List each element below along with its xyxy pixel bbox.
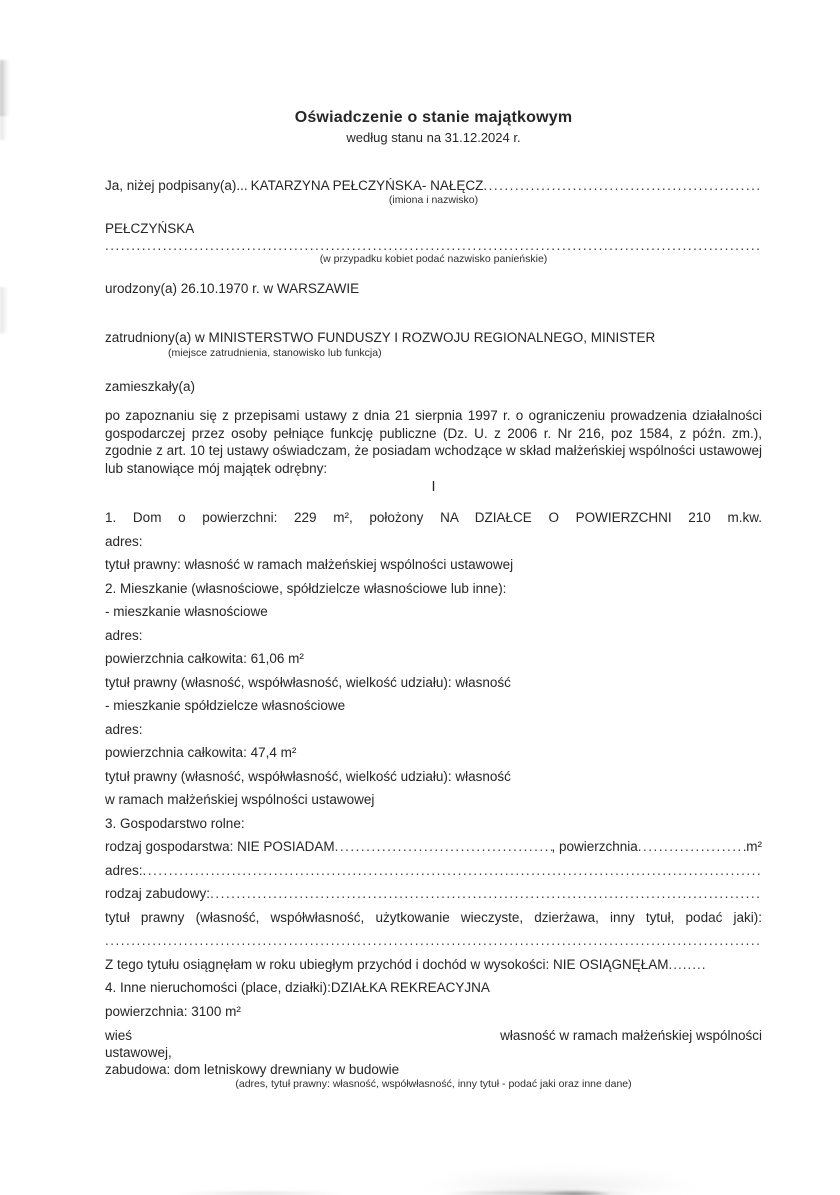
scan-artifact-left-mid <box>0 287 8 333</box>
flat1-type: - mieszkanie własnościowe <box>105 603 762 620</box>
farm-type-label: rodzaj gospodarstwa: NIE POSIADAM <box>105 838 335 855</box>
dotted-filler: ........................................… <box>638 838 746 855</box>
flat2-legal-continuation: w ramach małżeńskiej wspólności ustawowe… <box>105 791 762 808</box>
farm-address-label: adres: <box>105 862 143 879</box>
dotted-filler: ........................................… <box>335 838 552 855</box>
house-address-label: adres: <box>105 533 762 550</box>
plot-ownership-line1: własność w ramach małżeńskiej wspólności <box>500 1027 762 1044</box>
plot-area-line: powierzchnia: 3100 m² <box>105 1003 762 1020</box>
maiden-name: PEŁCZYŃSKA <box>105 220 762 237</box>
asset-list: 1. Dom o powierzchni: 229 m², położony N… <box>105 509 762 1020</box>
farm-income-line: Z tego tytułu osiągnęłam w roku ubiegłym… <box>105 956 762 973</box>
employment-line: zatrudniony(a) w MINISTERSTWO FUNDUSZY I… <box>105 329 762 346</box>
declarant-name: KATARZYNA PEŁCZYŃSKA- NAŁĘCZ <box>251 177 484 194</box>
part-marker: I <box>105 479 762 496</box>
employment-caption: (miejsce zatrudnienia, stanowisko lub fu… <box>105 347 762 360</box>
farm-income-text: Z tego tytułu osiągnęłam w roku ubiegłym… <box>105 957 669 972</box>
scanned-document-page: Oświadczenie o stanie majątkowym według … <box>0 0 840 1195</box>
farm-type-line: rodzaj gospodarstwa: NIE POSIADAM ......… <box>105 838 762 855</box>
document-subtitle: według stanu na 31.12.2024 r. <box>105 129 762 146</box>
flat1-area: powierzchnia całkowita: 61,06 m² <box>105 650 762 667</box>
flat1-legal: tytuł prawny (własność, współwłasność, w… <box>105 674 762 691</box>
farm-area-label: , powierzchnia <box>552 838 638 855</box>
flat2-legal: tytuł prawny (własność, współwłasność, w… <box>105 768 762 785</box>
document-title: Oświadczenie o stanie majątkowym <box>105 108 762 127</box>
declarant-prefix: Ja, niżej podpisany(a)... <box>105 177 248 194</box>
plot-location-ownership-line: wieś własność w ramach małżeńskiej wspól… <box>105 1027 762 1044</box>
flat1-address-label: adres: <box>105 627 762 644</box>
scan-artifact-left-top <box>0 60 10 116</box>
name-caption: (imiona i nazwisko) <box>105 194 762 207</box>
scan-artifact-bottom-streak-2 <box>180 1190 340 1195</box>
farm-building-label: rodzaj zabudowy: <box>105 885 210 902</box>
dotted-filler: ........................................… <box>483 177 762 194</box>
plot-ownership-line2: ustawowej, <box>105 1044 762 1061</box>
dotted-filler-short: ........ <box>669 957 707 972</box>
flat2-address-label: adres: <box>105 721 762 738</box>
document-content: Oświadczenie o stanie majątkowym według … <box>105 0 762 1091</box>
farm-legal-dotted-line: ........................................… <box>105 932 762 949</box>
section3-heading: 3. Gospodarstwo rolne: <box>105 815 762 832</box>
scan-artifact-bottom-streak <box>440 1189 640 1195</box>
legal-preamble: po zapoznaniu się z przepisami ustawy z … <box>105 407 762 477</box>
dotted-filler: ........................................… <box>143 862 762 879</box>
farm-building-line: rodzaj zabudowy: .......................… <box>105 885 762 902</box>
house-line: 1. Dom o powierzchni: 229 m², położony N… <box>105 509 762 526</box>
scan-artifact-bottom-spot <box>540 1190 610 1195</box>
dotted-filler: ........................................… <box>105 932 762 949</box>
farm-legal-line: tytuł prawny (własność, współwłasność, u… <box>105 909 762 926</box>
flat2-area: powierzchnia całkowita: 47,4 m² <box>105 744 762 761</box>
declarant-line: Ja, niżej podpisany(a)... KATARZYNA PEŁC… <box>105 177 762 194</box>
plot-caption: (adres, tytuł prawny: własność, współwła… <box>105 1078 762 1091</box>
section4-heading: 4. Inne nieruchomości (place, działki):D… <box>105 979 762 996</box>
birth-line: urodzony(a) 26.10.1970 r. w WARSZAWIE <box>105 280 762 297</box>
plot-building-line: zabudowa: dom letniskowy drewniany w bud… <box>105 1061 762 1078</box>
section2-heading: 2. Mieszkanie (własnościowe, spółdzielcz… <box>105 580 762 597</box>
flat2-type: - mieszkanie spółdzielcze własnościowe <box>105 697 762 714</box>
residence-line: zamieszkały(a) <box>105 378 762 395</box>
dotted-filler: ........................................… <box>210 885 762 902</box>
farm-address-line: adres: .................................… <box>105 862 762 879</box>
dotted-filler: ........................................… <box>105 239 762 253</box>
house-legal-title: tytuł prawny: własność w ramach małżeńsk… <box>105 556 762 573</box>
farm-area-unit: m² <box>746 838 762 855</box>
plot-location: wieś <box>105 1027 132 1044</box>
scan-artifact-left-top-2 <box>0 114 7 140</box>
maiden-name-dotted-line: ........................................… <box>105 239 762 253</box>
maiden-name-caption: (w przypadku kobiet podać nazwisko panie… <box>105 253 762 266</box>
scan-artifact-bottom-haze <box>420 1167 700 1193</box>
